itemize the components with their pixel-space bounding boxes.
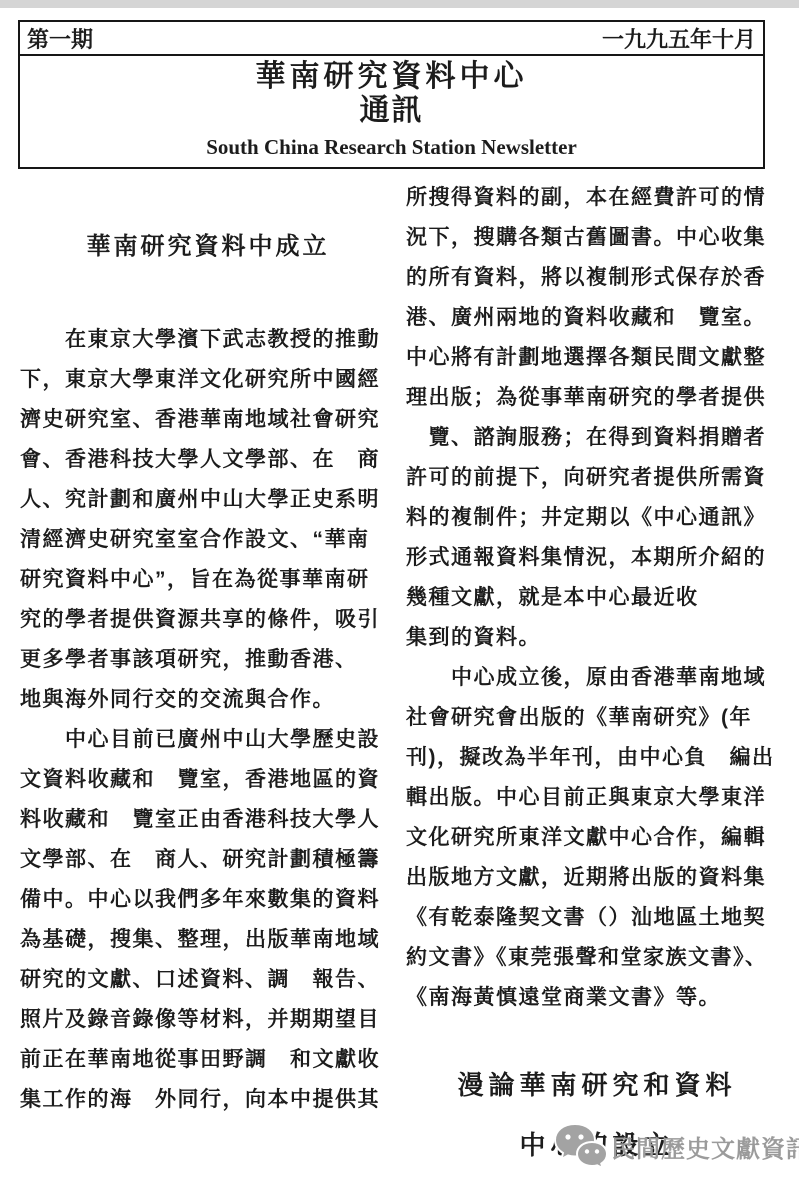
text-line: 中心成立後，原由香港華南地域 bbox=[406, 658, 788, 698]
text-line: 為基礎，搜集、整理，出版華南地域 bbox=[20, 920, 396, 960]
issue-date: 一九九五年十月 bbox=[602, 23, 756, 54]
left-column-text: 在東京大學濱下武志教授的推動下，東京大學東洋文化研究所中國經濟史研究室、香港華南… bbox=[20, 320, 396, 1120]
text-line: 研究的文獻、口述資料、調 報告、 bbox=[20, 960, 396, 1000]
issue-number: 第一期 bbox=[27, 23, 93, 54]
text-line: 覽、諮詢服務；在得到資料捐贈者 bbox=[406, 418, 788, 458]
text-line: 中心目前已廣州中山大學歷史設 bbox=[20, 720, 396, 760]
text-line: 輯出版。中心目前正與東京大學東洋 bbox=[406, 778, 788, 818]
text-line: 文資料收藏和 覽室，香港地區的資 bbox=[20, 760, 396, 800]
newsletter-subtitle-chinese: 通訊 bbox=[20, 94, 763, 127]
newsletter-title-chinese: 華南研究資料中心 bbox=[20, 60, 763, 94]
article-heading-left: 華南研究資料中成立 bbox=[20, 226, 396, 261]
text-line: 文學部、在 商人、研究計劃積極籌 bbox=[20, 840, 396, 880]
site-watermark: 民間歷史文獻資訊網 bbox=[552, 1118, 799, 1174]
text-line: 地與海外同行交的交流與合作。 bbox=[20, 680, 396, 720]
text-line: 文化研究所東洋文獻中心合作，編輯 bbox=[406, 818, 788, 858]
masthead-box: 第一期 一九九五年十月 華南研究資料中心 通訊 South China Rese… bbox=[18, 20, 765, 169]
text-line: 況下，搜購各類古舊圖書。中心收集 bbox=[406, 218, 788, 258]
text-line: 出版地方文獻，近期將出版的資料集 bbox=[406, 858, 788, 898]
text-line: 清經濟史研究室室合作設文、“華南 bbox=[20, 520, 396, 560]
text-line: 料收藏和 覽室正由香港科技大學人 bbox=[20, 800, 396, 840]
masthead-titles: 華南研究資料中心 通訊 South China Research Station… bbox=[20, 56, 763, 167]
text-line: 理出版；為從事華南研究的學者提供 bbox=[406, 378, 788, 418]
text-line: 的所有資料，將以複制形式保存於香 bbox=[406, 258, 788, 298]
text-line: 集工作的海 外同行，向本中提供其 bbox=[20, 1080, 396, 1120]
text-line: 中心將有計劃地選擇各類民間文獻整 bbox=[406, 338, 788, 378]
text-line: 約文書》《東莞張聲和堂家族文書》、 bbox=[406, 938, 788, 978]
text-line: 濟史研究室、香港華南地域社會研究 bbox=[20, 400, 396, 440]
text-line: 會、香港科技大學人文學部、在 商 bbox=[20, 440, 396, 480]
next-article-heading-line1: 漫論華南研究和資料 bbox=[406, 1068, 788, 1102]
text-line: 備中。中心以我們多年來數集的資料 bbox=[20, 880, 396, 920]
text-line: 所搜得資料的副，本在經費許可的情 bbox=[406, 178, 788, 218]
text-line: 許可的前提下，向研究者提供所需資 bbox=[406, 458, 788, 498]
text-line: 前正在華南地從事田野調 和文獻收 bbox=[20, 1040, 396, 1080]
text-line: 形式通報資料集情況，本期所介紹的 bbox=[406, 538, 788, 578]
text-line: 港、廣州兩地的資料收藏和 覽室。 bbox=[406, 298, 788, 338]
watermark-text: 民間歷史文獻資訊網 bbox=[611, 1129, 799, 1164]
text-line: 研究資料中心”，旨在為從事華南研 bbox=[20, 560, 396, 600]
masthead-issue-row: 第一期 一九九五年十月 bbox=[20, 22, 763, 56]
text-line: 料的複制件；井定期以《中心通訊》 bbox=[406, 498, 788, 538]
text-line: 究的學者提供資源共享的條件，吸引 bbox=[20, 600, 396, 640]
newsletter-title-english: South China Research Station Newsletter bbox=[20, 135, 763, 159]
text-line: 更多學者事該項研究，推動香港、 bbox=[20, 640, 396, 680]
text-line: 人、究計劃和廣州中山大學正史系明 bbox=[20, 480, 396, 520]
text-line: 幾種文獻，就是本中心最近收 bbox=[406, 578, 788, 618]
text-line: 刊)，擬改為半年刊，由中心負 編出 bbox=[406, 738, 788, 778]
text-line: 照片及錄音錄像等材料，并期期望目 bbox=[20, 1000, 396, 1040]
text-line: 下，東京大學東洋文化研究所中國經 bbox=[20, 360, 396, 400]
text-line: 社會研究會出版的《華南研究》(年 bbox=[406, 698, 788, 738]
text-line: 《南海黃慎遠堂商業文書》等。 bbox=[406, 978, 788, 1018]
wechat-chat-bubbles-icon bbox=[552, 1120, 608, 1172]
text-line: 在東京大學濱下武志教授的推動 bbox=[20, 320, 396, 360]
text-line: 集到的資料。 bbox=[406, 618, 788, 658]
newsletter-page: { "page": { "background": "#ffffff", "te… bbox=[0, 0, 799, 1182]
right-column-text: 所搜得資料的副，本在經費許可的情況下，搜購各類古舊圖書。中心收集的所有資料，將以… bbox=[406, 178, 788, 1018]
text-line: 《有乾泰隆契文書（）汕地區土地契 bbox=[406, 898, 788, 938]
scan-edge-strip bbox=[0, 0, 799, 8]
